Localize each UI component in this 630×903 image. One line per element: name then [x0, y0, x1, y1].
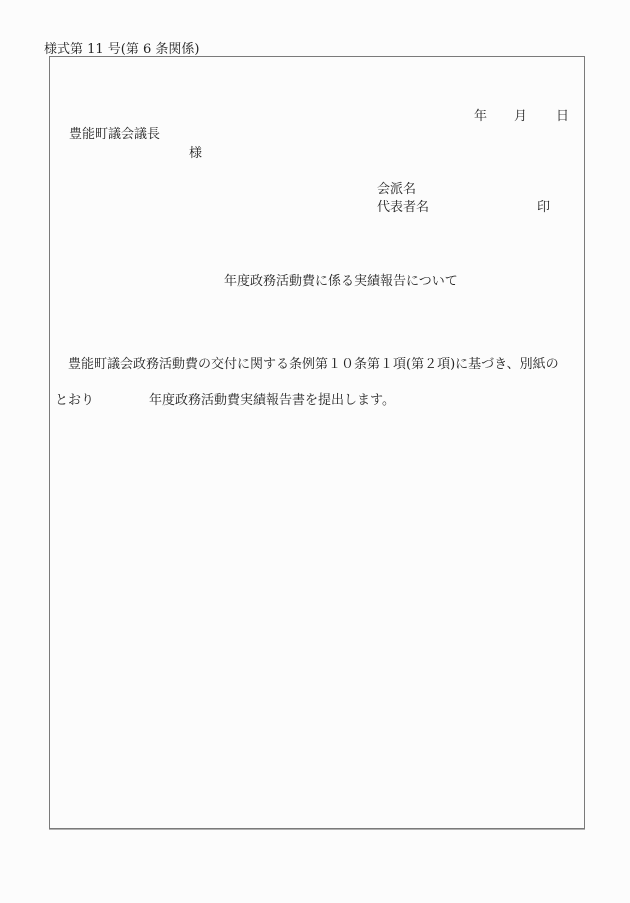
body-text-line-2-prefix: とおり	[55, 389, 94, 408]
representative-name-label: 代表者名	[377, 196, 429, 215]
document-frame: 年 月 日 豊能町議会議長 様 会派名 代表者名 印 年度政務活動費に係る実績報…	[49, 56, 585, 829]
document-subject: 年度政務活動費に係る実績報告について	[224, 270, 458, 289]
faction-name-label: 会派名	[377, 178, 416, 197]
body-text-line-1: 豊能町議会政務活動費の交付に関する条例第１０条第１項(第２項)に基づき、別紙の	[68, 353, 559, 372]
body-text-line-2-main: 年度政務活動費実績報告書を提出します。	[149, 389, 395, 408]
addressee-honorific: 様	[189, 142, 202, 161]
seal-label: 印	[537, 196, 550, 215]
form-number: 様式第 11 号(第 6 条関係)	[44, 38, 200, 57]
date-day-label: 日	[556, 105, 569, 124]
date-month-label: 月	[514, 105, 527, 124]
addressee-name: 豊能町議会議長	[69, 123, 160, 142]
date-year-label: 年	[474, 105, 487, 124]
